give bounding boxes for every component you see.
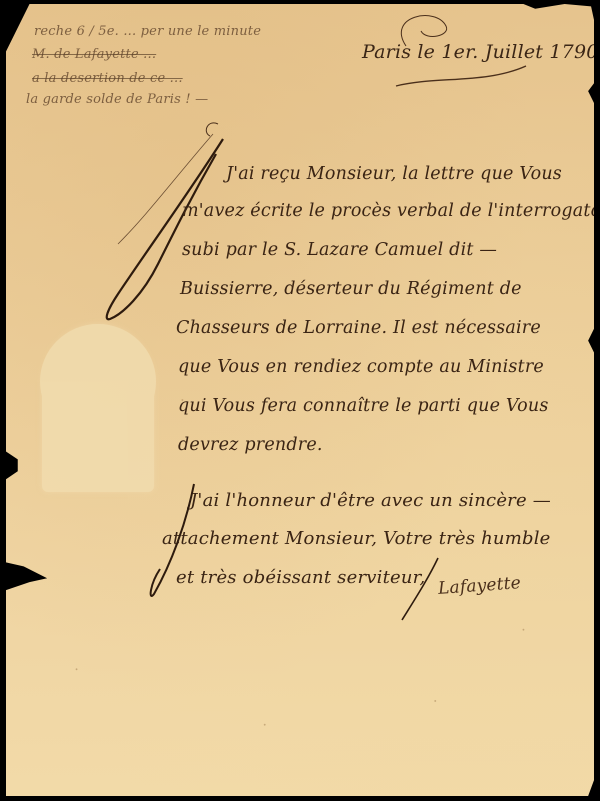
body-line: Chasseurs de Lorraine. Il est nécessaire bbox=[176, 318, 541, 338]
scanned-letter: reche 6 / 5e. ... per une le minute M. d… bbox=[0, 0, 600, 801]
margin-note-line: M. de Lafayette ... bbox=[32, 47, 156, 62]
body-line: qui Vous fera connaître le parti que Vou… bbox=[178, 396, 549, 416]
closing-line: et très obéissant serviteur, bbox=[176, 567, 425, 588]
body-line: J'ai reçu Monsieur, la lettre que Vous bbox=[226, 164, 562, 184]
signature: Lafayette bbox=[437, 573, 521, 599]
closing-line: J'ai l'honneur d'être avec un sincère — bbox=[190, 490, 551, 511]
body-line: Buissierre, déserteur du Régiment de bbox=[180, 279, 522, 299]
body-line: m'avez écrite le procès verbal de l'inte… bbox=[182, 201, 600, 221]
margin-note-line: reche 6 / 5e. ... per une le minute bbox=[34, 24, 261, 39]
body-line: devrez prendre. bbox=[178, 435, 323, 455]
portrait-shaped-stain bbox=[42, 324, 154, 492]
body-line: subi par le S. Lazare Camuel dit — bbox=[182, 240, 497, 260]
margin-note-line: la garde solde de Paris ! — bbox=[26, 92, 208, 107]
body-line: que Vous en rendiez compte au Ministre bbox=[178, 357, 544, 377]
dateline: Paris le 1er. Juillet 1790. bbox=[362, 41, 600, 63]
initial-j-flourish-icon bbox=[98, 114, 228, 334]
paper-sheet: reche 6 / 5e. ... per une le minute M. d… bbox=[6, 4, 594, 796]
margin-note-line: a la desertion de ce ... bbox=[32, 71, 183, 86]
closing-line: attachement Monsieur, Votre très humble bbox=[162, 528, 551, 549]
